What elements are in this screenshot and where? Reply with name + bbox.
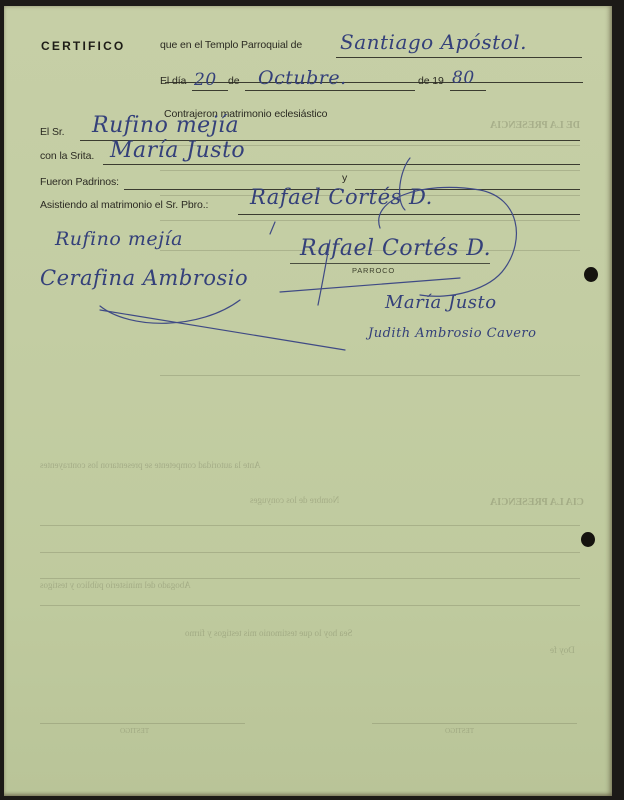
year-label: de 19 <box>418 75 444 87</box>
punch-hole-bottom <box>581 532 595 547</box>
heading-certifico: CERTIFICO <box>41 39 125 53</box>
bride-label: con la Srita. <box>40 150 94 162</box>
day-value: 20 <box>194 70 217 90</box>
signature-priest: Rafael Cortés D. <box>300 236 491 261</box>
year-value: 80 <box>452 68 475 88</box>
month-line <box>245 90 415 91</box>
month-label: de <box>228 75 239 87</box>
groom-label: El Sr. <box>40 126 65 138</box>
groom-value: Rufino mejía <box>92 113 239 138</box>
godparents-label: Fueron Padrinos: <box>40 176 119 188</box>
ghost-sig-left: TESTIGO <box>120 727 149 735</box>
signature-witness: Cerafina Ambrosio <box>40 266 248 290</box>
ghost-header-2: CIA LA PRESENCIA <box>490 497 584 508</box>
signature-witness-2: Judith Ambrosio Cavero <box>368 326 536 341</box>
temple-label: que en el Templo Parroquial de <box>160 39 302 51</box>
bride-line <box>103 164 580 165</box>
ghost-sig-right: TESTIGO <box>445 727 474 735</box>
day-line <box>192 90 228 91</box>
day-label: El día <box>160 75 186 87</box>
ghost-line-2: Nombre de los conyuges <box>250 495 339 505</box>
month-value: Octubre. <box>258 67 347 89</box>
punch-hole-top <box>584 267 598 282</box>
ghost-line-3: Abogado del ministerio público y testigo… <box>40 580 191 590</box>
priest-title: PARROCO <box>352 266 395 275</box>
ghost-line-4: Sea hoy lo que testimonio mis testigos y… <box>185 628 353 638</box>
priest-label: Asistiendo al matrimonio el Sr. Pbro.: <box>40 199 208 211</box>
ghost-line-5: Doy fe <box>550 645 575 655</box>
priest-line <box>238 214 580 215</box>
ghost-header: DE LA PRESENCIA <box>490 120 580 131</box>
signature-bride: María Justo <box>385 292 497 313</box>
signature-groom: Rufino mejía <box>55 228 183 250</box>
godparents-y: y <box>342 172 347 184</box>
temple-line <box>336 57 582 58</box>
priest-signature-line <box>290 263 490 264</box>
ghost-line-1: Ante la autoridad competente se presenta… <box>40 460 261 470</box>
year-line <box>450 90 486 91</box>
priest-value: Rafael Cortés D. <box>250 185 433 209</box>
temple-value: Santiago Apóstol. <box>340 30 527 54</box>
bride-value: María Justo <box>110 138 245 163</box>
